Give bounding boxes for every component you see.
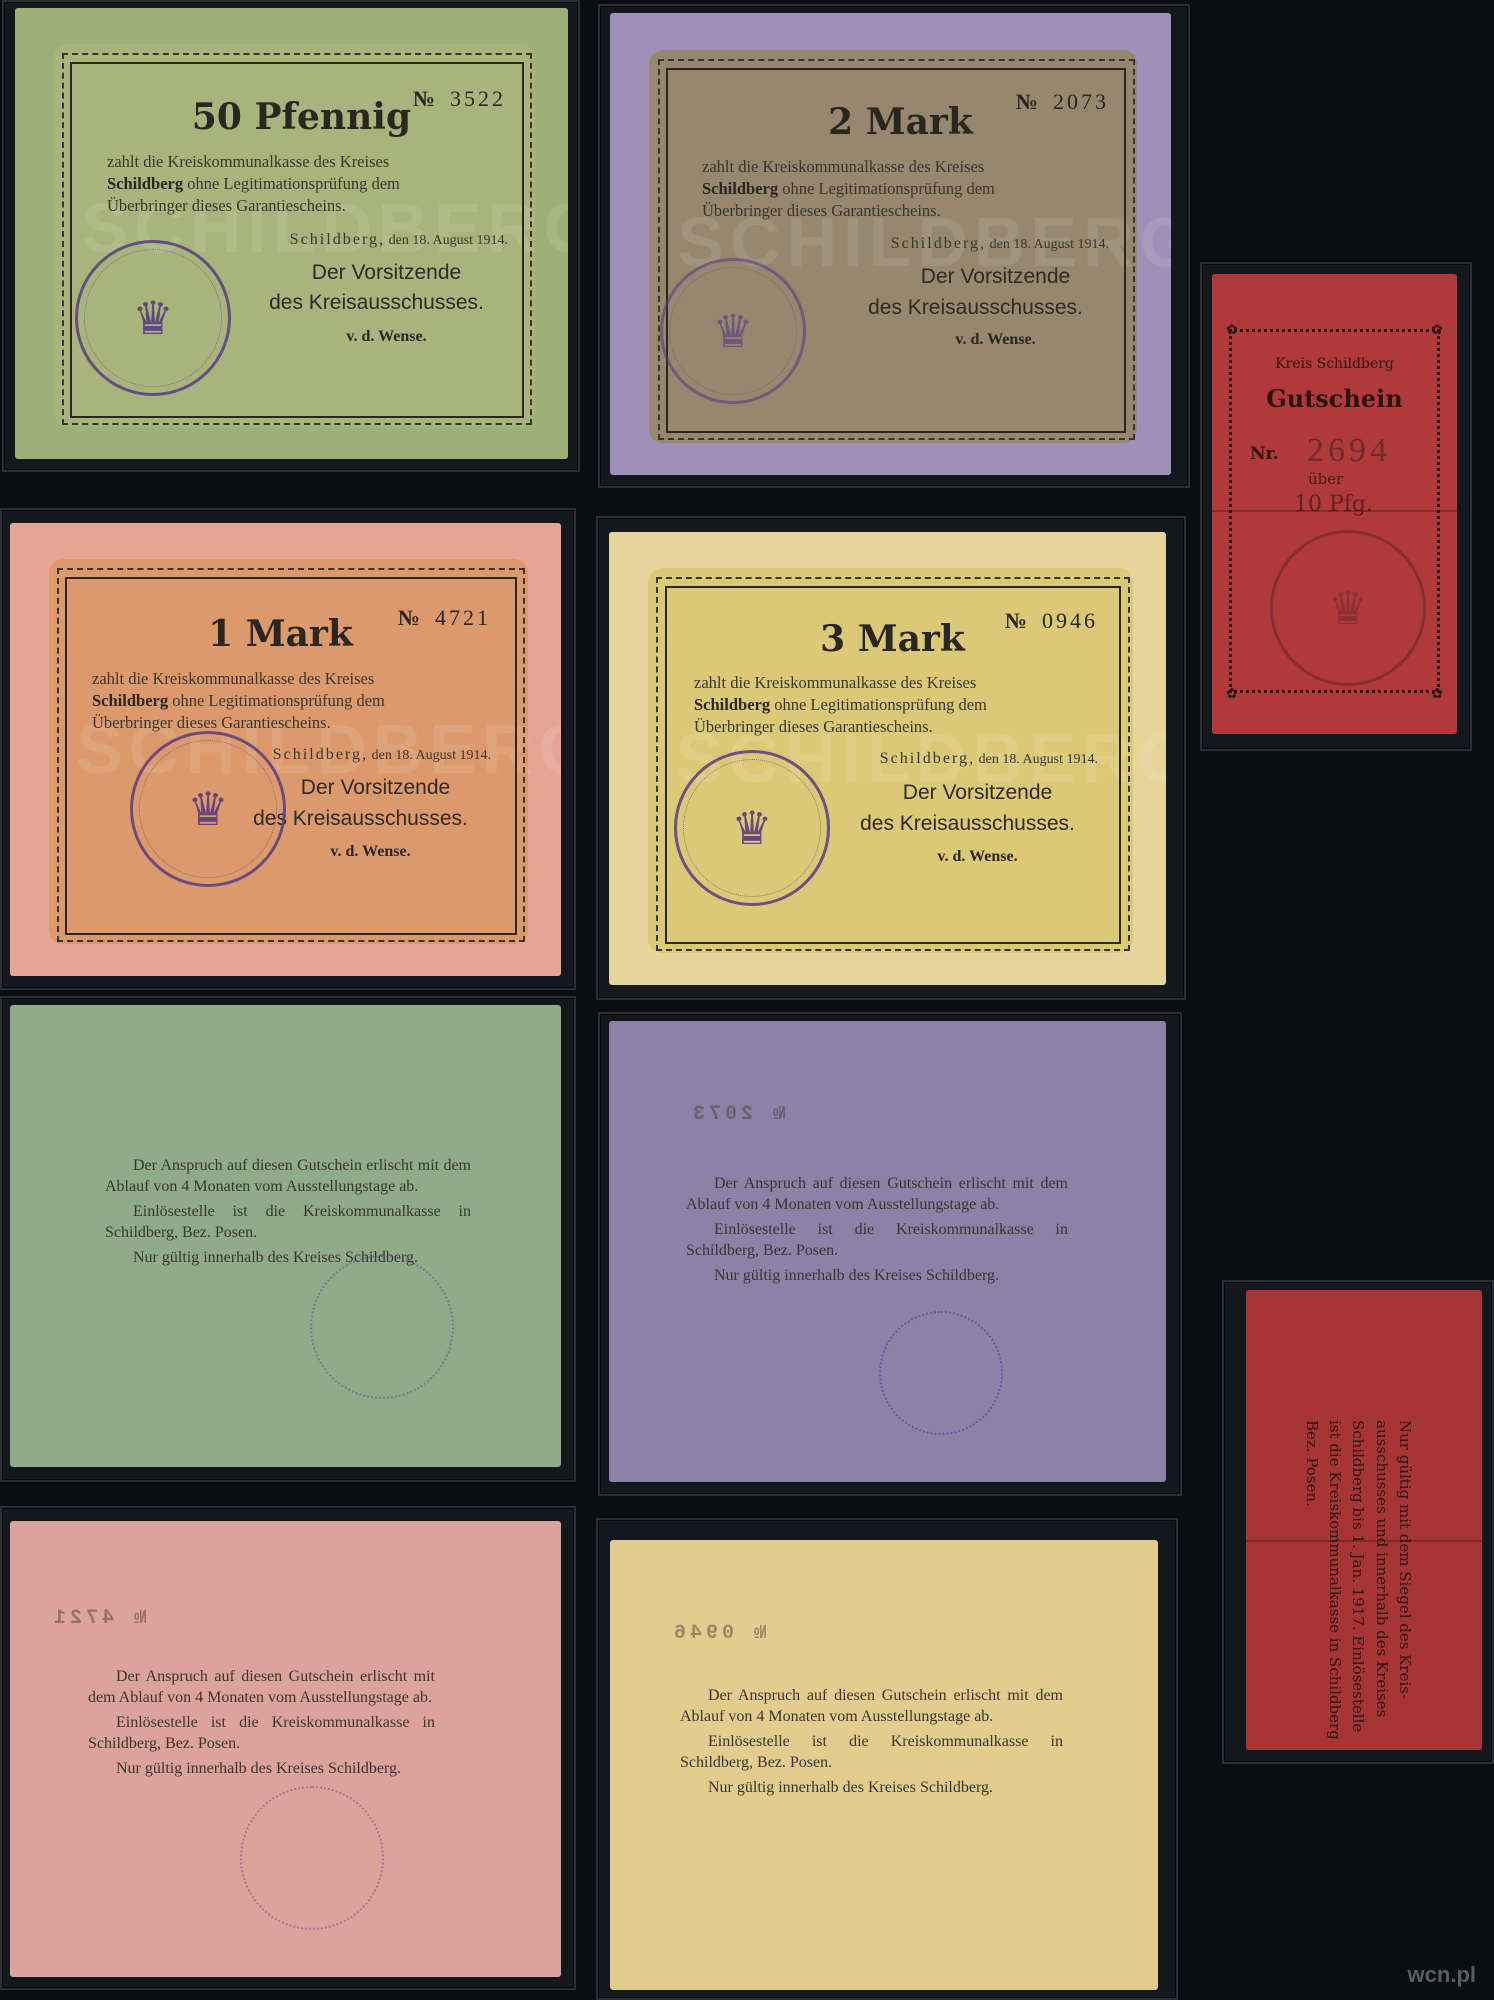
official-seal-stamp: ♛ — [660, 258, 806, 404]
eagle-icon: ♛ — [187, 786, 228, 832]
signature-title-2: des Kreisausschusses. — [830, 296, 1121, 320]
note-2-mark-front[interactable]: SCHILDBERG 2 Mark №2073 zahlt die Kreisk… — [610, 13, 1171, 475]
numero-symbol: № — [398, 605, 423, 630]
reversed-serial-show-through: № 0946 — [670, 1622, 766, 1645]
signatory-name: v. d. Wense. — [860, 331, 1131, 349]
official-seal-stamp: ♛ — [674, 750, 830, 906]
flower-ornament-icon: ✿ — [1431, 322, 1443, 338]
serial-number: №2073 — [1016, 89, 1109, 115]
note-2-mark-back[interactable]: № 2073 Der Anspruch auf diesen Gutschein… — [609, 1021, 1166, 1482]
gutschein-10pfg-back[interactable]: Nur gültig mit dem Siegel des Kreis- aus… — [1246, 1290, 1482, 1750]
district-bold: Schildberg — [702, 179, 778, 198]
coupon-header: Kreis Schildberg — [1212, 356, 1457, 372]
signatory-name: v. d. Wense. — [245, 328, 528, 346]
note-1-mark-back[interactable]: № 4721 Der Anspruch auf diesen Gutschein… — [10, 1521, 561, 1977]
note-50-pfennig-front[interactable]: SCHILDBERG 50 Pfennig №3522 zahlt die Kr… — [15, 8, 568, 459]
body-text: zahlt die Kreiskommunalkasse des Kreises… — [694, 672, 1098, 737]
show-through-seal — [879, 1311, 1003, 1435]
issue-date: Schildberg, den 18. August 1914. — [891, 235, 1109, 253]
signature-title-2: des Kreisausschusses. — [819, 812, 1116, 836]
numero-symbol: № — [413, 86, 438, 111]
eagle-icon: ♛ — [731, 805, 772, 851]
numero-symbol: № — [1005, 608, 1030, 633]
numero-symbol: № — [1016, 89, 1041, 114]
district-bold: Schildberg — [694, 695, 770, 714]
serial-number: №3522 — [413, 86, 506, 112]
official-seal-stamp: ♛ — [75, 240, 231, 396]
official-seal-stamp: ♛ — [130, 731, 286, 887]
flower-ornament-icon: ✿ — [1431, 686, 1443, 702]
flower-ornament-icon: ✿ — [1226, 322, 1238, 338]
back-text: Der Anspruch auf diesen Gutschein erlisc… — [680, 1685, 1063, 1799]
fold-line — [1212, 510, 1457, 512]
body-text: zahlt die Kreiskommunalkasse des Kreises… — [702, 156, 1109, 221]
eagle-icon: ♛ — [1327, 585, 1368, 631]
signature-title-1: Der Vorsitzende — [839, 781, 1116, 805]
district-bold: Schildberg — [92, 691, 168, 710]
eagle-icon: ♛ — [712, 308, 753, 354]
issue-date: Schildberg, den 18. August 1914. — [880, 750, 1098, 768]
note-1-mark-front[interactable]: SCHILDBERG 1 Mark №4721 zahlt die Kreisk… — [10, 523, 561, 976]
note-50-pfennig-back[interactable]: Der Anspruch auf diesen Gutschein erlisc… — [10, 1005, 561, 1467]
note-3-mark-back[interactable]: № 0946 Der Anspruch auf diesen Gutschein… — [610, 1540, 1158, 1990]
coupon-number: 2694 — [1307, 432, 1391, 470]
faded-seal-stamp: ♛ — [1270, 530, 1426, 686]
flower-ornament-icon: ✿ — [1226, 686, 1238, 702]
serial-number: №0946 — [1005, 608, 1098, 634]
coupon-title: Gutschein — [1212, 384, 1457, 413]
signature-title-2: des Kreisausschusses. — [225, 291, 528, 315]
district-bold: Schildberg — [107, 174, 183, 193]
ueber-label: über — [1308, 470, 1343, 488]
nr-label: Nr. — [1250, 444, 1279, 464]
issue-date: Schildberg, den 18. August 1914. — [273, 746, 491, 764]
signatory-name: v. d. Wense. — [839, 848, 1116, 866]
back-text: Der Anspruch auf diesen Gutschein erlisc… — [88, 1666, 435, 1780]
body-text: zahlt die Kreiskommunalkasse des Kreises… — [107, 151, 508, 216]
show-through-seal — [310, 1255, 454, 1399]
source-watermark: wcn.pl — [1408, 1962, 1476, 1988]
note-3-mark-front[interactable]: SCHILDBERG 3 Mark №0946 zahlt die Kreisk… — [609, 532, 1166, 985]
issue-date: Schildberg, den 18. August 1914. — [290, 231, 508, 249]
signature-title-1: Der Vorsitzende — [860, 265, 1131, 289]
signature-title-1: Der Vorsitzende — [245, 261, 528, 285]
body-text: zahlt die Kreiskommunalkasse des Kreises… — [92, 668, 491, 733]
serial-number: №4721 — [398, 605, 491, 631]
show-through-seal — [240, 1786, 384, 1930]
back-text: Der Anspruch auf diesen Gutschein erlisc… — [686, 1173, 1068, 1287]
reversed-serial-show-through: № 2073 — [689, 1103, 785, 1126]
back-text: Der Anspruch auf diesen Gutschein erlisc… — [105, 1155, 471, 1269]
gutschein-10pfg-front[interactable]: ✿ ✿ ✿ ✿ Kreis Schildberg Gutschein Nr. 2… — [1212, 274, 1457, 734]
eagle-icon: ♛ — [132, 295, 173, 341]
rotated-back-text: Nur gültig mit dem Siegel des Kreis- aus… — [1300, 1420, 1416, 1740]
reversed-serial-show-through: № 4721 — [50, 1607, 146, 1630]
coupon-amount: 10 Pfg. — [1294, 492, 1373, 517]
